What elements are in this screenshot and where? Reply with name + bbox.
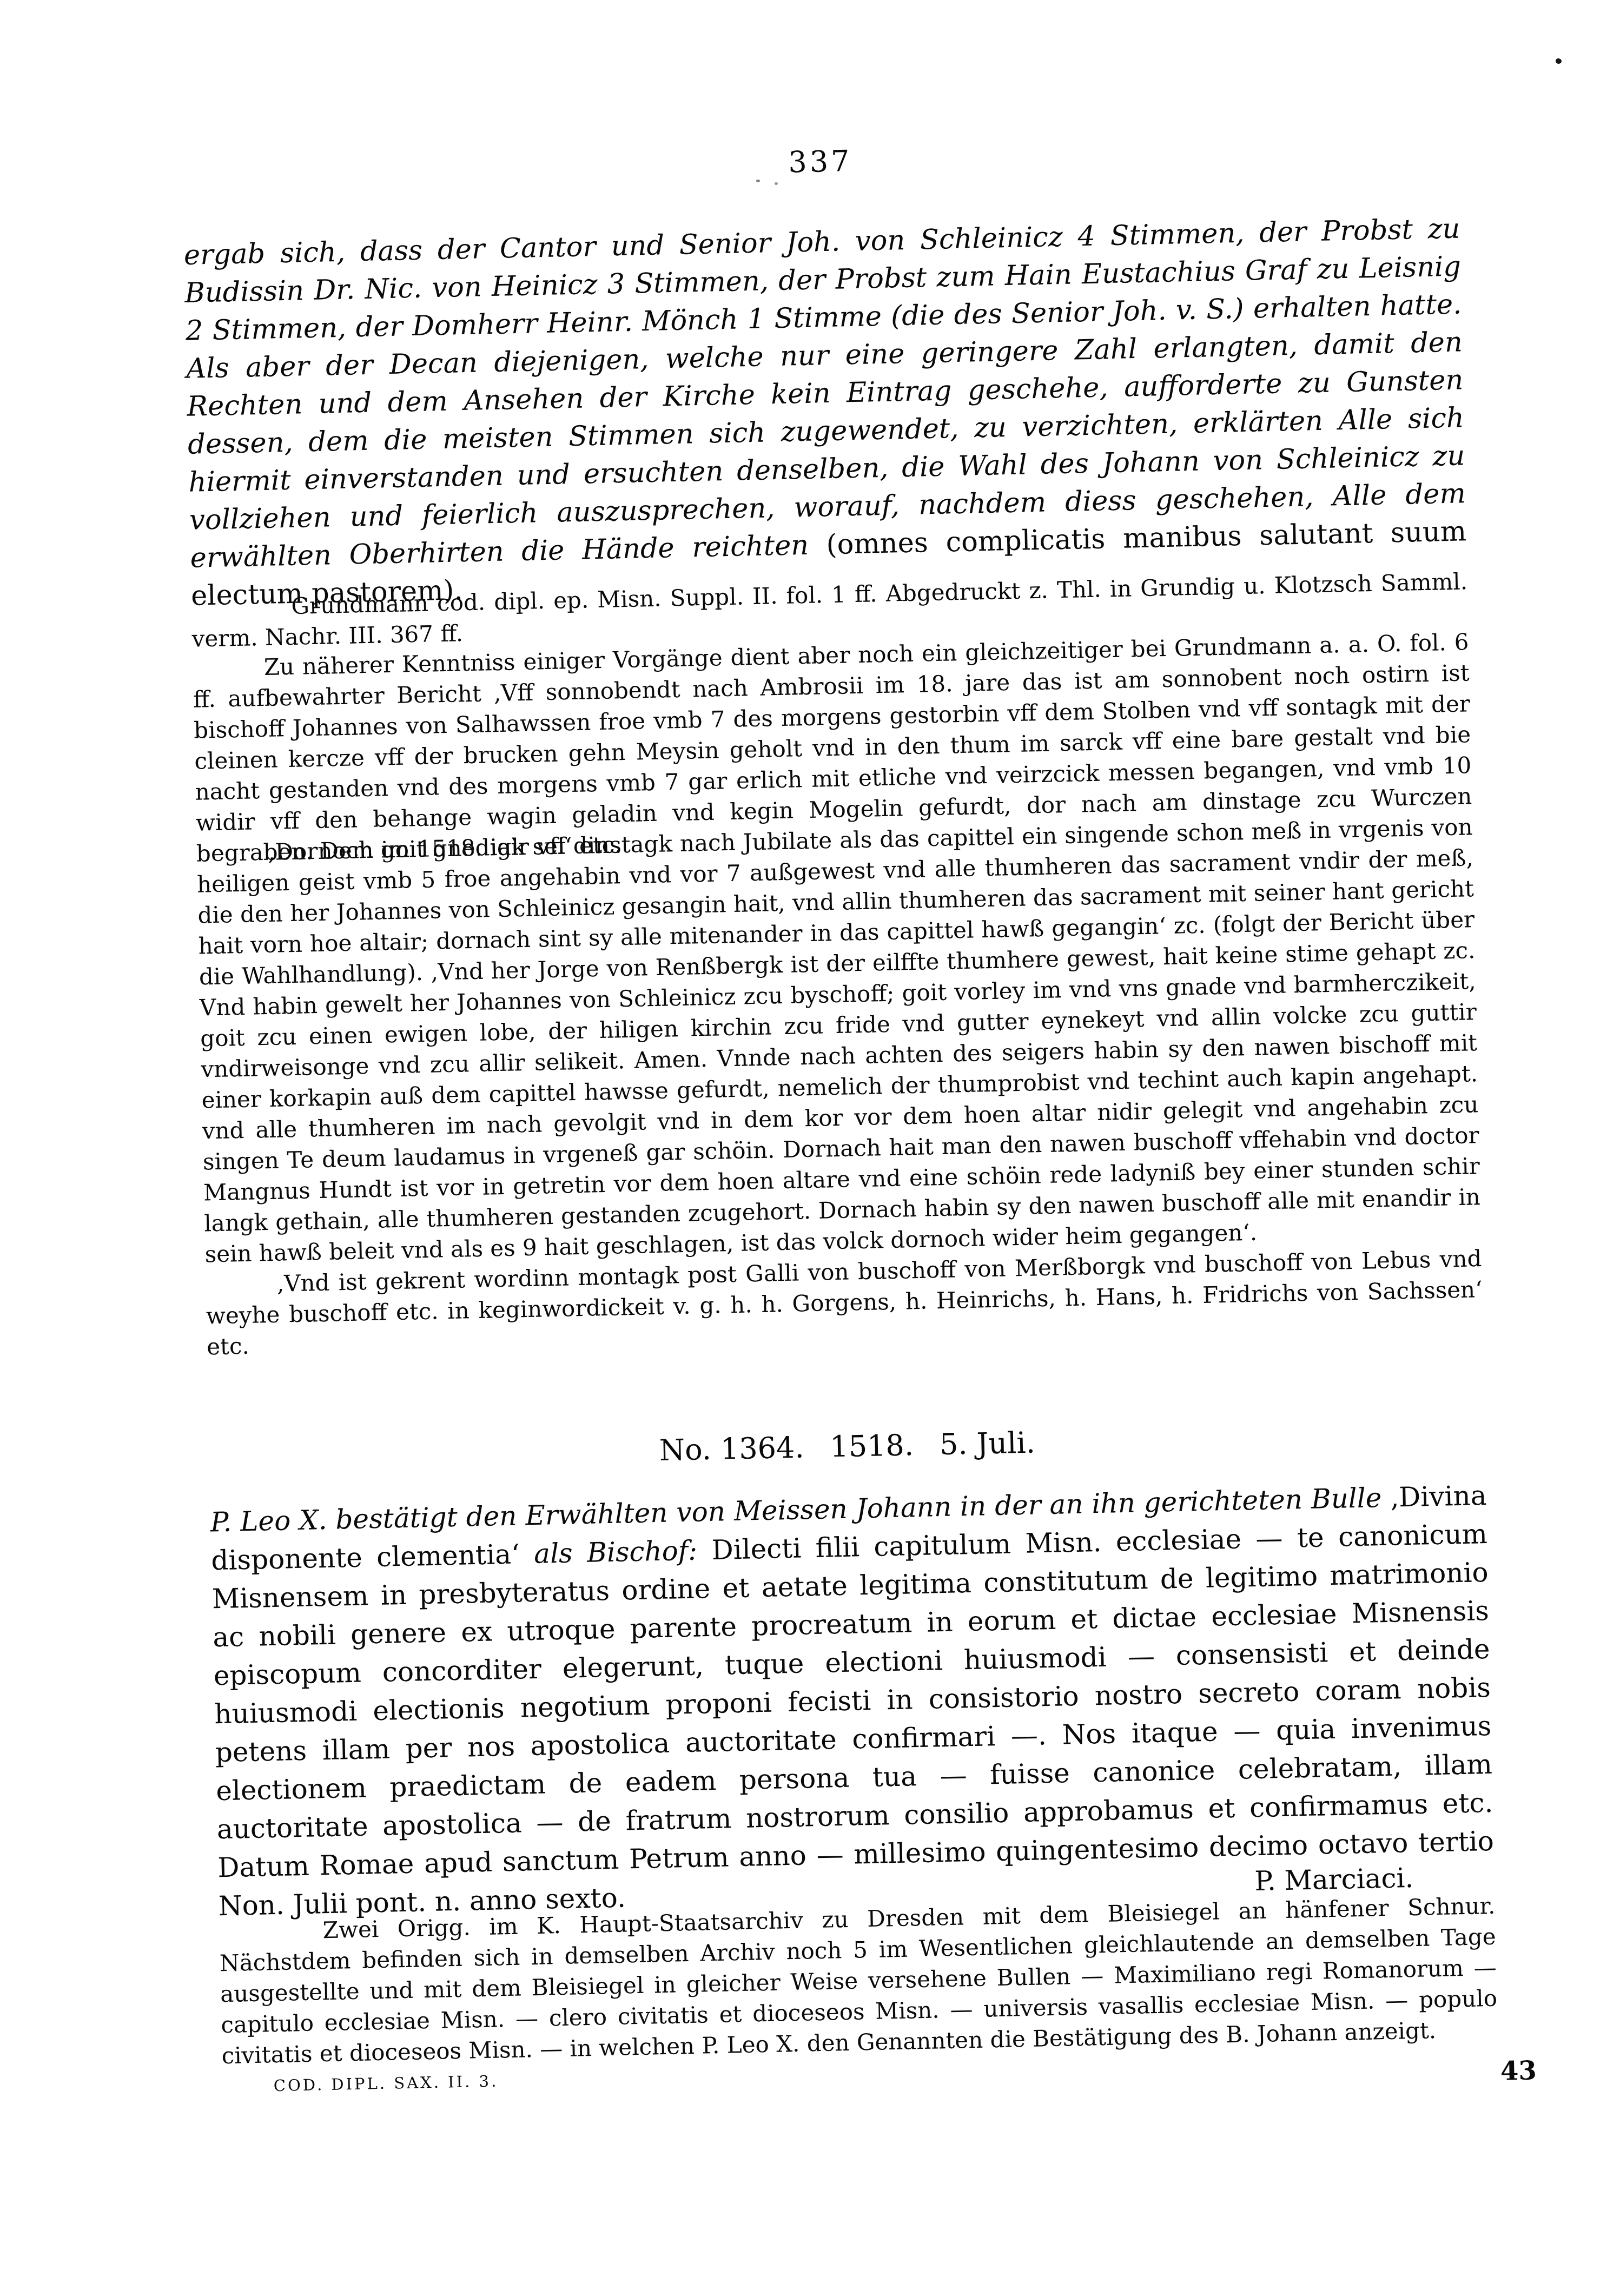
page-content: 337 ergab sich, dass der Cantor und Seni… [178, 0, 1503, 2295]
footer-series-citation: COD. DIPL. SAX. II. 3. [273, 2072, 498, 2095]
archive-note: Zwei Origg. im K. Haupt-Staatsarchiv zu … [219, 1890, 1498, 2071]
bull-summary-role: als Bischof: [519, 1534, 712, 1570]
entry-1363-paragraph: ergab sich, dass der Cantor und Senior J… [183, 210, 1467, 615]
entry-1364-paragraph: P. Leo X. bestätigt den Erwählten von Me… [210, 1477, 1495, 1926]
scan-speck [1556, 58, 1562, 64]
report-paragraph-2: ‚Dornoch im 1518. iair vff dinstagk nach… [196, 811, 1481, 1269]
heading-year: 1518. [830, 1428, 914, 1464]
entry-1364-heading: No. 1364.1518.5. Juli. [209, 1416, 1486, 1477]
heading-entry-number: No. 1364. [659, 1430, 804, 1467]
book-page: 337 ergab sich, dass der Cantor und Seni… [0, 0, 1620, 2296]
sheet-signature-number: 43 [1500, 2055, 1537, 2086]
page-number: 337 [182, 131, 1459, 192]
heading-date: 5. Juli. [939, 1425, 1035, 1461]
